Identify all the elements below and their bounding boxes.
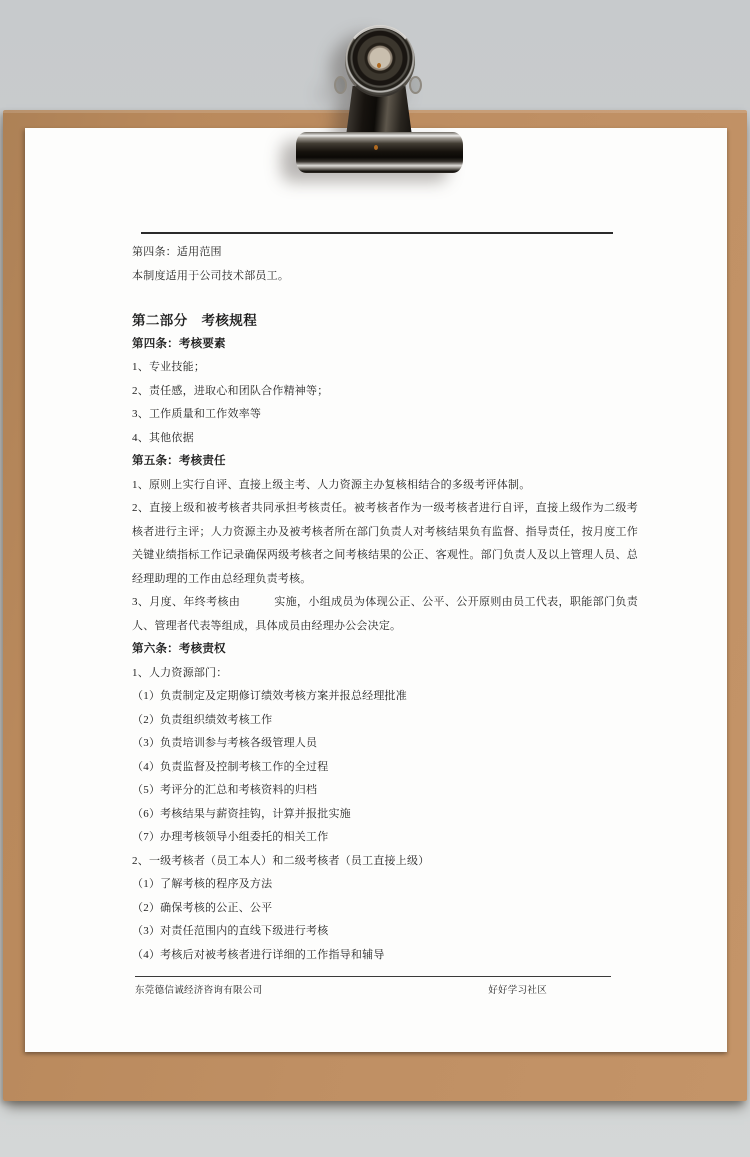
document-line: 1、专业技能； [132,356,638,380]
header-rule [141,232,613,234]
document-line: （6）考核结果与薪资挂钩，计算并报批实施 [132,803,638,827]
document-line: 本制度适用于公司技术部员工。 [132,265,638,289]
document-line: 2、直接上级和被考核者共同承担考核责任。被考核者作为一级考核者进行自评，直接上级… [132,497,638,591]
document-line: （1）了解考核的程序及方法 [132,873,638,897]
document-line [132,288,638,309]
clip-reflection-dot [377,63,381,68]
document-line: 3、工作质量和工作效率等 [132,403,638,427]
document-line: （1）负责制定及定期修订绩效考核方案并报总经理批准 [132,685,638,709]
document-line: 第四条：适用范围 [132,241,638,265]
document-line: 2、一级考核者（员工本人）和二级考核者（员工直接上级） [132,850,638,874]
document-line: 第二部分 考核规程 [132,309,638,333]
document-line: （2）确保考核的公正、公平 [132,897,638,921]
document-line: （3）负责培训参与考核各级管理人员 [132,732,638,756]
document-line: 2、责任感，进取心和团队合作精神等； [132,380,638,404]
document-line: （4）负责监督及控制考核工作的全过程 [132,756,638,780]
document-line: 第六条：考核责权 [132,638,638,662]
clip-round-head [345,25,415,97]
document-line: 3、月度、年终考核由 实施，小组成员为体现公正、公平、公开原则由员工代表，职能部… [132,591,638,638]
document-line: （2）负责组织绩效考核工作 [132,709,638,733]
document-line: （4）考核后对被考核者进行详细的工作指导和辅导 [132,944,638,968]
page-footer: 东莞德信诚经济咨询有限公司 好好学习社区 [135,976,611,996]
document-line: 1、原则上实行自评、直接上级主考、人力资源主办复核相结合的多级考评体制。 [132,474,638,498]
document-line: （7）办理考核领导小组委托的相关工作 [132,826,638,850]
footer-community: 好好学习社区 [488,982,547,996]
clip-wire-loop-left [334,76,347,94]
document-line: （5）考评分的汇总和考核资料的归档 [132,779,638,803]
footer-company: 东莞德信诚经济咨询有限公司 [135,982,262,996]
document-body: 第四条：适用范围本制度适用于公司技术部员工。第二部分 考核规程第四条：考核要素1… [132,232,638,967]
clip-wire-loop-right [409,76,422,94]
document-line: （3）对责任范围内的直线下级进行考核 [132,920,638,944]
document-lines: 第四条：适用范围本制度适用于公司技术部员工。第二部分 考核规程第四条：考核要素1… [132,241,638,967]
document-line: 第五条：考核责任 [132,450,638,474]
document-line: 第四条：考核要素 [132,333,638,357]
paper-sheet: 第四条：适用范围本制度适用于公司技术部员工。第二部分 考核规程第四条：考核要素1… [25,128,727,1052]
document-line: 4、其他依据 [132,427,638,451]
document-line: 1、人力资源部门： [132,662,638,686]
